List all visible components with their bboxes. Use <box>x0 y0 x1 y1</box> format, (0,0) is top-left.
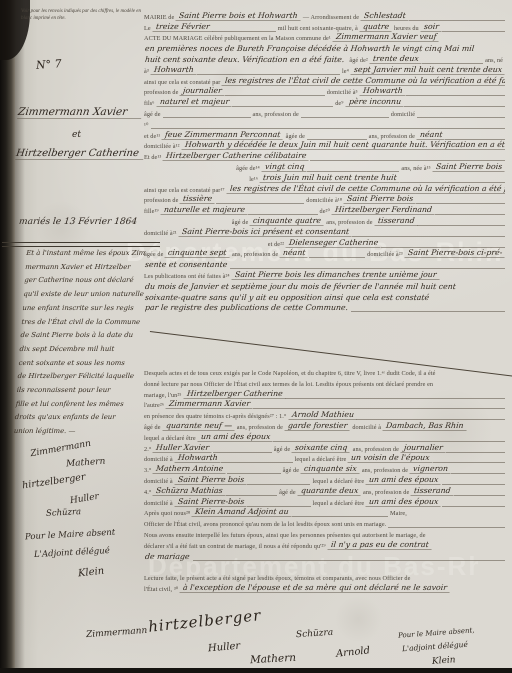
acte-line: du mois de Janvier et septième jour du m… <box>142 280 505 291</box>
handwritten-entry: Saint Pierre-bois ici présent et consent… <box>178 227 352 237</box>
printed-text: et de²² <box>266 241 286 248</box>
handwritten-entry: Hirtzelberger Ferdinand <box>332 205 436 215</box>
blank-rule <box>227 472 281 474</box>
printed-text: ans, profession de <box>361 489 411 496</box>
acte-line: huit cent soixante deux. Vérification en… <box>142 53 505 64</box>
handwritten-entry: Saint Pierre bois <box>174 475 247 485</box>
handwritten-entry: Arnold Mathieu <box>288 410 357 420</box>
acte-line: ainsi que cela est constaté parles regis… <box>142 75 505 86</box>
blank-rule <box>225 94 324 96</box>
printed-text: Le <box>142 25 153 32</box>
printed-text: ainsi que cela est constaté par <box>142 79 222 86</box>
printed-text: lequel a déclaré être <box>293 456 349 463</box>
blank-rule <box>213 451 272 453</box>
printed-text: lequel a déclaré être <box>310 478 366 485</box>
handwritten-entry: à l'exception de l'épouse et de sa mère … <box>180 583 451 593</box>
printed-text: âgée de¹⁴ <box>234 165 262 172</box>
handwritten-entry: quatre <box>359 22 392 32</box>
blank-rule <box>197 73 340 75</box>
acte-line: mariage, l'un²⁵Hirtzelberger Catherine <box>142 388 505 399</box>
handwritten-entry: un ami des époux <box>366 497 442 507</box>
acte-line: profession detissièredomiciliée à¹⁸Saint… <box>142 194 505 205</box>
handwritten-entry: Schlestadt <box>361 11 410 21</box>
printed-text: ans, profession de <box>360 467 410 474</box>
marginal-note-legitimation: Et à l'instant même les époux Zimmermann… <box>13 247 150 439</box>
acte-line <box>142 312 505 323</box>
blank-rule <box>454 494 505 496</box>
acte-line: domiciliée à¹²Hohwarth y décédée le deux… <box>142 140 505 151</box>
printed-text: mil huit cent soixante-quatre, à <box>276 25 360 32</box>
handwritten-entry: Saint Pierre bois <box>344 194 417 204</box>
printed-text: domiciliée à¹⁸ <box>304 197 344 204</box>
handwritten-entry: journalier <box>180 86 226 96</box>
printed-text: domicilié à <box>142 456 175 463</box>
printed-text: âgé de <box>277 489 298 496</box>
handwritten-entry: Saint Pierre bois et Hohwarth <box>176 11 302 21</box>
marginal-note-line: qu'il existe de leur union naturelle <box>23 288 148 302</box>
acte-line: déclarer s'il a été fait un contrat de m… <box>142 539 505 550</box>
printed-text: en présence des quatre témoins ci-après … <box>142 413 289 420</box>
handwritten-entry: de mariage <box>142 552 193 561</box>
margin-groom-name: Zimmermann Xavier <box>17 106 143 119</box>
blank-rule <box>417 116 505 118</box>
handwritten-entry: huit cent soixante deux. Vérification en… <box>142 55 348 64</box>
handwritten-entry: Hohwarth <box>359 86 406 96</box>
acte-line: en présence des quatre témoins ci-après … <box>142 409 505 420</box>
blank-rule <box>422 62 483 64</box>
acte-line: MAIRIE deSaint Pierre bois et Hohwarth— … <box>142 10 505 21</box>
printed-text: Desquels actes et de tous ceux exigés pa… <box>142 370 437 377</box>
acte-line: de mariage <box>142 550 505 561</box>
printed-text: MAIRIE de <box>142 14 176 21</box>
acte-line: l'État civil, ³⁰à l'exception de l'épous… <box>142 582 505 593</box>
handwritten-entry: naturel et majeur <box>156 97 232 107</box>
blank-rule <box>388 526 505 528</box>
handwritten-entry: Saint Pierre bois les dimanches trente u… <box>231 270 440 280</box>
handwritten-entry: feue Zimmermann Perconnat <box>162 130 284 140</box>
handwritten-entry: Saint Pierre bois <box>432 162 505 172</box>
handwritten-entry: Hirtzelberger Catherine célibataire <box>163 151 311 161</box>
signature-witness: Mathern <box>250 652 297 666</box>
page-bottom-edge <box>0 668 512 673</box>
blank-rule <box>273 440 505 442</box>
blank-rule <box>442 30 505 32</box>
printed-text: lequel a déclaré être <box>142 435 198 442</box>
blank-rule <box>285 397 505 399</box>
acte-line: 2.°Huller Xavierâgé desoixante cinqans, … <box>142 442 505 453</box>
printed-text: Lecture faite, le présent acte a été sig… <box>142 575 412 582</box>
handwritten-entry: par le registre des publications de cett… <box>142 303 352 312</box>
handwritten-entry: soixante cinq <box>292 443 351 453</box>
handwritten-entry: un ami des époux <box>197 432 273 442</box>
printed-side-note: Voir pour les renvois indiqués par des c… <box>21 9 141 22</box>
blank-rule <box>356 418 505 420</box>
handwritten-entry: Zimmermann Xavier <box>166 399 254 409</box>
printed-text: âgé de <box>142 424 163 431</box>
acte-line: à³Hohwarthle⁴sept Janvier mil huit cent … <box>142 64 505 75</box>
acte-line: Nous avons ensuite interpellé les futurs… <box>142 528 505 539</box>
acte-line: le¹⁶trois Juin mil huit cent trente huit <box>142 172 505 183</box>
marginal-note-line: Et à l'instant même les époux Zim <box>26 247 151 261</box>
handwritten-entry: Hohwarth y décédée le deux Juin mil huit… <box>181 140 505 150</box>
blank-rule <box>435 213 505 215</box>
blank-rule <box>307 170 399 172</box>
printed-text: domicilié à²¹ <box>142 230 179 237</box>
handwritten-entry: Dielenseger Catherine <box>286 238 382 248</box>
acte-line <box>142 356 505 367</box>
acte-line: donné lecture par nous Officier de l'Éta… <box>142 377 505 388</box>
acte-line: Après quoi nous²⁸Klein Amand Adjoint auM… <box>142 507 505 518</box>
handwritten-entry: garde forestier <box>284 421 350 431</box>
marginal-note-line: ger Catherine nous ont déclaré <box>24 274 149 288</box>
handwritten-entry: du mois de Janvier et septième jour du m… <box>142 282 459 291</box>
acte-line: domicilié à²¹Saint Pierre-bois ici prése… <box>142 226 505 237</box>
deputy-mayor-note: Pour le Maire absent, <box>398 626 475 639</box>
printed-text: domiciliée à¹² <box>142 143 182 150</box>
blank-rule <box>232 105 333 107</box>
acte-line <box>142 561 505 572</box>
marginal-note-line: de Hirtzelberger Félicité laquelle <box>17 370 142 384</box>
printed-text: l'État civil, ³⁰ <box>142 586 180 593</box>
handwritten-entry: cinquante quatre <box>250 216 325 226</box>
acte-line: et de²²Dielenseger Catherine <box>142 237 505 248</box>
handwritten-entry: Klein Amand Adjoint au <box>192 507 293 517</box>
printed-text: domicilié à <box>142 478 175 485</box>
printed-text: à³ <box>142 68 151 75</box>
blank-rule <box>212 30 275 32</box>
blank-rule <box>409 19 505 21</box>
acte-line: domicilié àSaint Pierre-boislequel a déc… <box>142 496 505 507</box>
acte-line: Letreize Févriermil huit cent soixante-q… <box>142 21 505 32</box>
handwritten-entry: Huller Xavier <box>153 443 213 453</box>
printed-text: domicilié à <box>350 424 383 431</box>
printed-text: Nous avons ensuite interpellé les futurs… <box>142 532 428 539</box>
blank-rule <box>247 483 310 485</box>
acte-line: l'autre²⁶Zimmermann Xavier <box>142 399 505 410</box>
blank-rule <box>163 116 251 118</box>
acte-line: 3.°Mathern Antoineâgé decinquante sixans… <box>142 463 505 474</box>
book-binding-edge <box>0 0 15 673</box>
blank-rule <box>446 451 505 453</box>
printed-text: ainsi que cela est constaté par¹⁷ <box>142 187 227 194</box>
blank-rule <box>292 515 388 517</box>
handwritten-entry: Saint Pierre-bois ci-pré- <box>404 248 505 258</box>
handwritten-entry: tisserand <box>411 486 455 496</box>
acte-line: Les publications ont été faites à²⁴Saint… <box>142 269 505 280</box>
handwritten-entry: tisserand <box>374 216 418 226</box>
acte-line: ¹⁰ <box>142 118 505 129</box>
printed-text: ¹⁰ <box>142 122 151 129</box>
printed-text: profession de <box>142 89 180 96</box>
handwritten-entry: un ami des époux <box>366 475 442 485</box>
marginal-note-line: dix sept Décembre mil huit <box>19 343 144 357</box>
printed-text: ans, profession de <box>251 111 301 118</box>
handwritten-entry: Hirtzelberger Catherine <box>183 389 286 399</box>
acte-line: âgée decinquante septans, profession den… <box>142 248 505 259</box>
acte-line: domicilié àHohwarthlequel a déclaré être… <box>142 453 505 464</box>
margin-signature: Schüzra <box>46 507 82 519</box>
acte-line: domicilié àSaint Pierre boislequel a déc… <box>142 474 505 485</box>
margin-signature: Zimmermann <box>30 439 92 459</box>
blank-rule <box>248 213 318 215</box>
margin-signature: Mathern <box>66 457 106 470</box>
printed-text: ACTE DU MARIAGE célébré publiquement en … <box>142 35 333 42</box>
handwritten-entry: Schüzra Mathias <box>153 486 227 496</box>
printed-text: ans, né <box>483 57 505 64</box>
acte-line: lequel a déclaré êtreun ami des époux <box>142 431 505 442</box>
printed-text: donné lecture par nous Officier de l'Éta… <box>142 381 435 388</box>
marginal-note-line: mermann Xavier et Hirtzelber <box>25 261 150 275</box>
printed-text: l'autre²⁶ <box>142 402 166 409</box>
acte-line: Lecture faite, le présent acte a été sig… <box>142 571 505 582</box>
margin-delegation-line: Pour le Maire absent <box>25 528 116 543</box>
handwritten-entry: il n'y a pas eu de contrat <box>327 540 432 550</box>
printed-text: heures du <box>392 25 421 32</box>
printed-text: Maire, <box>388 510 409 517</box>
printed-text: lequel a déclaré être <box>311 500 367 507</box>
handwritten-entry: sente et consentante <box>142 260 231 269</box>
printed-text: domicilié <box>389 111 417 118</box>
handwritten-entry: soixante-quatre sans qu'il y ait eu oppo… <box>142 293 433 302</box>
signature-witness: Arnold <box>336 645 371 660</box>
acte-line: en premières noces de Bureth Françoise d… <box>142 42 505 53</box>
signature-witness: Schüzra <box>296 628 334 641</box>
printed-text: ans, profession de <box>351 446 401 453</box>
signature-deputy-mayor: Klein <box>432 655 456 667</box>
handwritten-entry: les registres de l'État civil de cette C… <box>226 184 505 194</box>
handwritten-entry: cinquante sept <box>165 248 231 258</box>
handwritten-entry: vingt cinq <box>261 162 307 172</box>
marginal-note-line: tres de l'État civil de la Commune <box>21 316 146 330</box>
acte-line: Officier de l'État civil, avons prononcé… <box>142 517 505 528</box>
printed-text: le⁴ <box>340 68 351 75</box>
printed-text: ans, profession de <box>324 219 374 226</box>
margin-signature: Huller <box>69 492 99 506</box>
printed-text: domicilié à⁵ <box>325 89 360 96</box>
printed-text: Les publications ont été faites à²⁴ <box>142 273 232 280</box>
blank-rule <box>404 105 505 107</box>
handwritten-entry: sept Janvier mil huit cent trente deux <box>350 65 505 75</box>
handwritten-entry: quarante neuf — <box>162 421 235 431</box>
handwritten-entry: néant <box>280 248 310 258</box>
printed-text: âgé de <box>230 219 251 226</box>
blank-rule <box>406 94 505 96</box>
signature-groom: Zimmermann <box>86 626 148 640</box>
handwritten-entry: tissière <box>180 194 216 204</box>
acte-line: âgée de¹⁴vingt cinqans, née à¹⁵Saint Pie… <box>142 161 505 172</box>
deputy-mayor-note: L'adjoint délégué <box>402 640 468 654</box>
handwritten-entry: les registres de l'État civil de cette C… <box>222 76 505 86</box>
printed-text: — Arrondissement de <box>301 14 361 21</box>
printed-text: âgé de <box>142 111 163 118</box>
printed-text: Et de¹³ <box>142 154 163 161</box>
acte-line: et de¹¹feue Zimmermann Perconnatâgée dea… <box>142 129 505 140</box>
acte-line: Et de¹³Hirtzelberger Catherine célibatai… <box>142 150 505 161</box>
acte-line: fils⁶naturel et majeurde⁹père inconnu <box>142 96 505 107</box>
handwritten-entry: quarante deux <box>297 486 361 496</box>
acte-de-mariage-body: MAIRIE deSaint Pierre bois et Hohwarth— … <box>142 10 505 593</box>
handwritten-entry: néant <box>416 130 446 140</box>
marginal-note-line: union légitime. — <box>13 425 138 439</box>
marginal-note-line: fille et lui confèrent les mêmes <box>15 398 140 412</box>
printed-text: ans, profession de <box>235 424 285 431</box>
marginal-note-line: une enfant inscrite sur les regis <box>22 302 147 316</box>
printed-text: âgée de <box>142 251 165 258</box>
margin-signature: hirtzelberger <box>22 472 87 492</box>
handwritten-entry: vigneron <box>410 464 452 474</box>
register-page: Département du Bas-Rhin Département du B… <box>0 0 512 673</box>
printed-text: de²⁰ <box>318 208 333 215</box>
acte-line <box>142 334 505 345</box>
acte-line: profession dejournalierdomicilié à⁵Hohwa… <box>142 86 505 97</box>
acte-line: soixante-quatre sans qu'il y ait eu oppo… <box>142 291 505 302</box>
blank-rule <box>310 159 505 161</box>
printed-text: mariage, l'un²⁵ <box>142 392 184 399</box>
printed-text: profession de <box>142 197 180 204</box>
blank-rule <box>400 181 505 183</box>
blank-rule <box>309 256 365 258</box>
printed-text: Officier de l'État civil, avons prononcé… <box>142 521 388 528</box>
marginal-note-line: ils reconnaissent pour leur <box>16 384 141 398</box>
handwritten-entry: treize Février <box>152 22 213 32</box>
blank-rule <box>193 559 505 561</box>
handwritten-entry: naturelle et majeure <box>160 205 248 215</box>
marginal-note-line: droits qu'aux enfants de leur <box>14 411 139 425</box>
handwritten-entry: père inconnu <box>345 97 404 107</box>
marginal-note-line: de Saint Pierre bois à la date du <box>20 329 145 343</box>
acte-line: âgé deans, profession dedomicilié <box>142 107 505 118</box>
handwritten-entry: Dambach, Bas Rhin <box>383 421 468 431</box>
acte-line: âgé dequarante neuf —ans, profession deg… <box>142 420 505 431</box>
handwritten-entry: Zimmermann Xavier veuf <box>332 32 440 42</box>
blank-rule <box>442 505 505 507</box>
marginal-note-line: cent soixante et sous les noms <box>18 357 143 371</box>
signature-bride-father: hirtzelberger <box>147 606 262 636</box>
printed-text: fils⁶ <box>142 100 157 107</box>
acte-line <box>142 323 505 334</box>
acte-line: 4.°Schüzra Mathiasâgé dequarante deuxans… <box>142 485 505 496</box>
acte-line <box>142 345 505 356</box>
handwritten-entry: soir <box>420 22 442 32</box>
margin-marriage-date: mariés le 13 Février 1864 <box>18 217 137 227</box>
printed-text: ans, profession de <box>230 251 280 258</box>
acte-line: fille¹⁹naturelle et majeurede²⁰Hirtzelbe… <box>142 204 505 215</box>
handwritten-entry: en premières noces de Bureth Françoise d… <box>142 44 478 53</box>
blank-rule <box>442 483 505 485</box>
printed-text: âgé de <box>281 467 302 474</box>
printed-text: et de¹¹ <box>142 133 162 140</box>
printed-text: domiciliée à²³ <box>365 251 405 258</box>
printed-text: fille¹⁹ <box>142 208 161 215</box>
margin-conjunction: et <box>72 130 81 140</box>
handwritten-entry: cinquante six <box>301 464 361 474</box>
blank-rule <box>352 235 505 237</box>
blank-rule <box>151 127 505 129</box>
acte-line: par le registre des publications de cett… <box>142 302 505 313</box>
printed-text: ans, profession de <box>367 133 417 140</box>
signature-witness: Huller <box>208 641 241 655</box>
margin-bride-name: Hirtzelberger Catherine <box>15 148 145 160</box>
printed-text: déclarer s'il a été fait un contrat de m… <box>142 543 328 550</box>
printed-text: de⁹ <box>333 100 345 107</box>
acte-line: ainsi que cela est constaté par¹⁷les reg… <box>142 183 505 194</box>
printed-text: ans, née à¹⁵ <box>399 165 432 172</box>
handwritten-entry: trois Juin mil huit cent trente huit <box>260 173 401 183</box>
blank-rule <box>226 494 277 496</box>
handwritten-entry: un voisin de l'époux <box>348 453 434 463</box>
handwritten-entry: journalier <box>400 443 446 453</box>
margin-delegation-line: L'Adjoint délégué <box>34 546 110 560</box>
blank-rule <box>351 310 505 312</box>
blank-rule <box>417 224 505 226</box>
printed-text: âgé de <box>272 446 293 453</box>
act-number: N° 7 <box>36 57 62 72</box>
printed-text: domicilié à <box>142 500 175 507</box>
blank-rule <box>221 461 293 463</box>
handwritten-entry: Saint Pierre-bois <box>174 497 247 507</box>
handwritten-entry: trente deux <box>369 54 422 64</box>
printed-text: âgé de² <box>347 57 370 64</box>
acte-line: sente et consentante <box>142 258 505 269</box>
acte-line: âgé decinquante quatreans, profession de… <box>142 215 505 226</box>
blank-rule <box>301 116 389 118</box>
handwritten-entry: Mathern Antoine <box>153 464 227 474</box>
acte-line: ACTE DU MARIAGE célébré publiquement en … <box>142 32 505 43</box>
printed-text: Après quoi nous²⁸ <box>142 510 192 517</box>
printed-text: âgée de <box>284 133 307 140</box>
printed-text: le¹⁶ <box>247 176 260 183</box>
handwritten-entry: Hohwarth <box>150 65 197 75</box>
blank-rule <box>230 267 505 269</box>
handwritten-entry: Hohwarth <box>174 453 221 463</box>
margin-delegation-signature: Klein <box>77 566 104 580</box>
blank-rule <box>451 472 505 474</box>
